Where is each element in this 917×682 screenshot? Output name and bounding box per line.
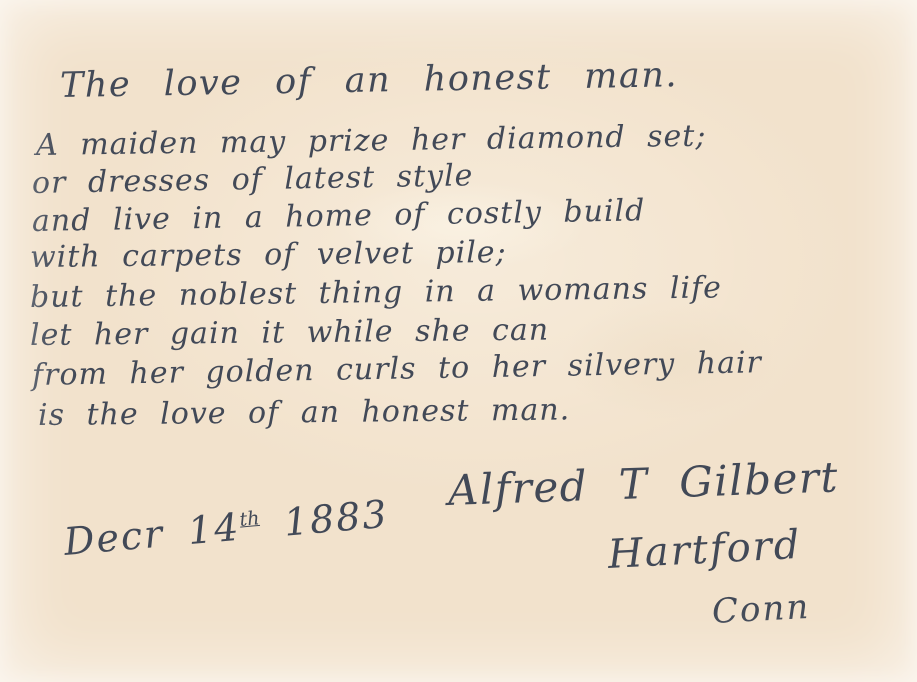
poem-line: from her golden curls to her silvery hai… xyxy=(32,345,762,393)
date: Decr 14th 1883 xyxy=(62,492,390,564)
poem-line: and live in a home of costly build xyxy=(32,193,646,239)
date-year: 1883 xyxy=(282,492,390,545)
place-state: Conn xyxy=(711,587,811,632)
handwritten-note: The love of an honest man. A maiden may … xyxy=(0,0,917,682)
poem-line: A maiden may prize her diamond set; xyxy=(36,119,707,163)
poem-title: The love of an honest man. xyxy=(60,55,679,106)
poem-line: or dresses of latest style xyxy=(32,158,474,201)
poem-line: with carpets of velvet pile; xyxy=(30,235,507,275)
poem-line: but the noblest thing in a womans life xyxy=(30,270,722,315)
date-ordinal: th xyxy=(239,507,261,531)
place-city: Hartford xyxy=(607,522,803,578)
signature: Alfred T Gilbert xyxy=(447,452,839,515)
poem-line: is the love of an honest man. xyxy=(38,392,571,433)
date-day: Decr 14 xyxy=(62,505,242,564)
poem-line: let her gain it while she can xyxy=(30,313,549,353)
